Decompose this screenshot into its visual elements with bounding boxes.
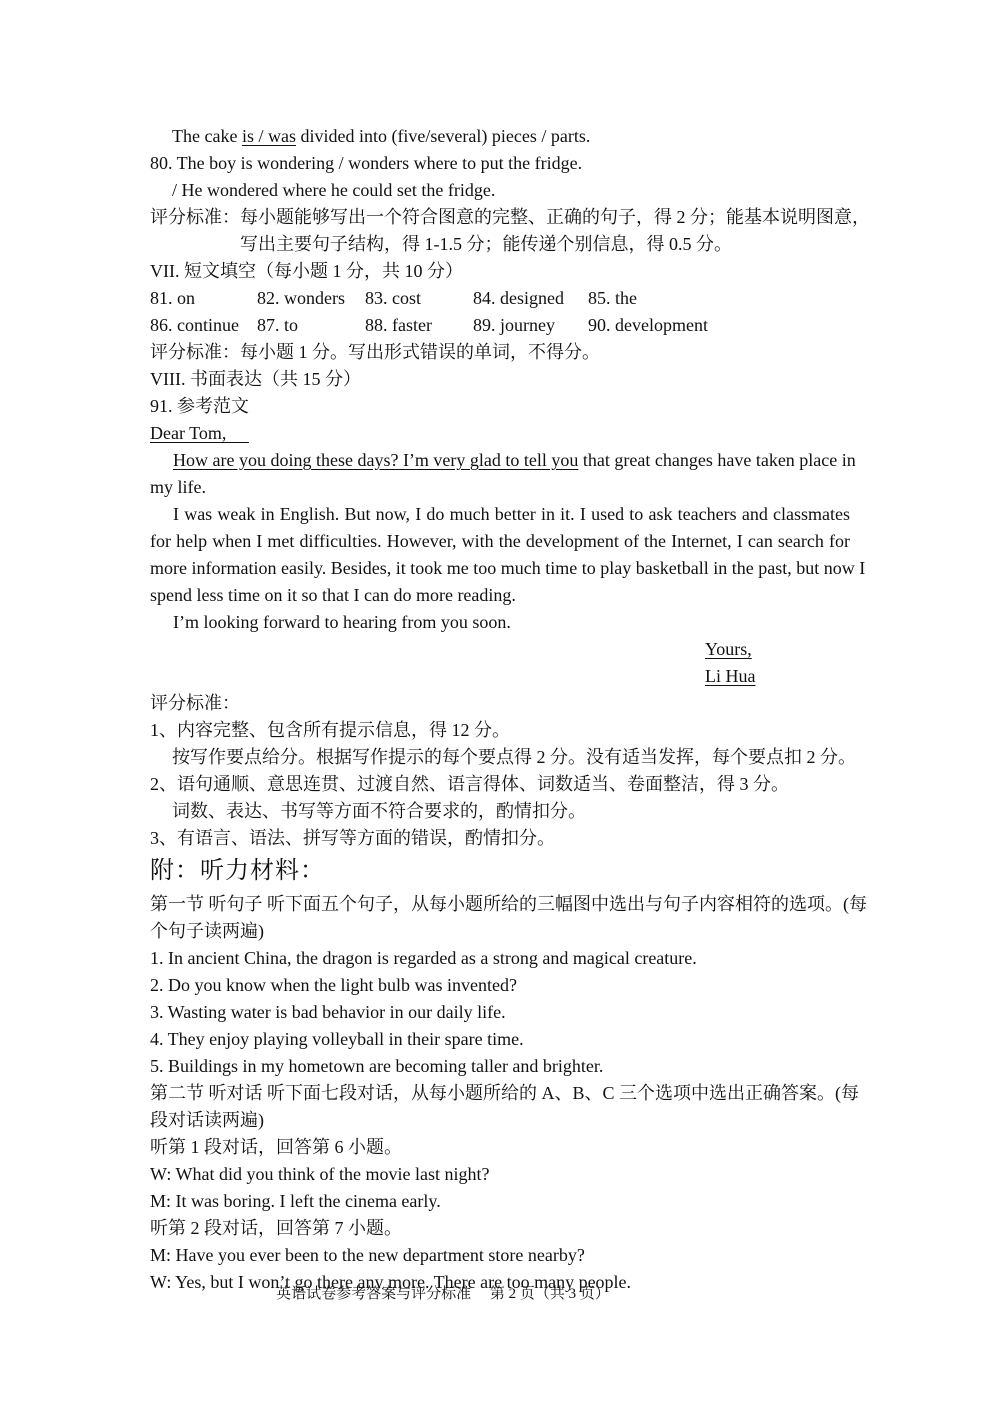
letter-p1-underlined: How are you doing these days? I’m very g… <box>173 450 578 470</box>
section-viii-heading: VIII. 书面表达（共 15 分） <box>150 366 850 393</box>
letter-p1-rest: that great changes have taken place in <box>578 450 855 470</box>
listening-sentence-4: 4. They enjoy playing volleyball in thei… <box>150 1026 850 1053</box>
cloze-scoring-criteria: 评分标准：每小题 1 分。写出形式错误的单词，不得分。 <box>150 339 850 366</box>
answer-line-80-alt: / He wondered where he could set the fri… <box>150 177 850 204</box>
sample-essay-label: 91. 参考范文 <box>150 393 850 420</box>
listening-part2-intro-line-2: 段对话读两遍) <box>150 1107 850 1134</box>
dialog-2-line-m: M: Have you ever been to the new departm… <box>150 1242 850 1269</box>
letter-paragraph-2-line-1: I was weak in English. But now, I do muc… <box>150 501 850 528</box>
answer-79-post: divided into (five/several) pieces / par… <box>296 126 590 146</box>
scoring-criteria-line-1: 评分标准：每小题能够写出一个符合图意的完整、正确的句子，得 2 分；能基本说明图… <box>150 204 850 231</box>
dialog-1-line-w: W: What did you think of the movie last … <box>150 1161 850 1188</box>
answer-line-79: The cake is / was divided into (five/sev… <box>150 123 850 150</box>
answer-line-80: 80. The boy is wondering / wonders where… <box>150 150 850 177</box>
writing-criteria-2-detail: 词数、表达、书写等方面不符合要求的，酌情扣分。 <box>150 798 850 825</box>
section-vii-heading: VII. 短文填空（每小题 1 分，共 10 分） <box>150 258 850 285</box>
answer-79-pre: The cake <box>172 126 242 146</box>
listening-sentence-5: 5. Buildings in my hometown are becoming… <box>150 1053 850 1080</box>
letter-closing-line: I’m looking forward to hearing from you … <box>150 609 850 636</box>
writing-criteria-title: 评分标准： <box>150 690 850 717</box>
letter-paragraph-2-line-4: spend less time on it so that I can do m… <box>150 582 850 609</box>
cloze-answer-81: 81. on <box>150 285 257 312</box>
listening-part1-intro-line-2: 个句子读两遍) <box>150 918 850 945</box>
letter-paragraph-1-line-1: How are you doing these days? I’m very g… <box>150 447 850 474</box>
letter-paragraph-2-line-3: more information easily. Besides, it too… <box>150 555 850 582</box>
letter-salutation: Dear Tom, <box>150 420 850 447</box>
dialog-1-line-m: M: It was boring. I left the cinema earl… <box>150 1188 850 1215</box>
listening-sentence-1: 1. In ancient China, the dragon is regar… <box>150 945 850 972</box>
scoring-criteria-line-2: 写出主要句子结构，得 1-1.5 分；能传递个别信息，得 0.5 分。 <box>150 231 850 258</box>
letter-salutation-text: Dear Tom, <box>150 423 249 443</box>
cloze-answer-89: 89. journey <box>473 312 588 339</box>
letter-signoff-name-text: Li Hua <box>705 666 755 686</box>
writing-criteria-3: 3、有语言、语法、拼写等方面的错误，酌情扣分。 <box>150 825 850 852</box>
cloze-answer-87: 87. to <box>257 312 365 339</box>
cloze-answers-row-1: 81. on 82. wonders 83. cost 84. designed… <box>150 285 850 312</box>
dialog-2-label: 听第 2 段对话，回答第 7 小题。 <box>150 1215 850 1242</box>
letter-signoff-yours: Yours, <box>150 636 850 663</box>
letter-paragraph-1-line-2: my life. <box>150 474 850 501</box>
cloze-answers-row-2: 86. continue 87. to 88. faster 89. journ… <box>150 312 850 339</box>
listening-part2-intro-line-1: 第二节 听对话 听下面七段对话，从每小题所给的 A、B、C 三个选项中选出正确答… <box>150 1080 850 1107</box>
letter-signoff-yours-text: Yours, <box>705 639 752 659</box>
letter-signoff-name: Li Hua <box>150 663 850 690</box>
letter-paragraph-2-line-2: for help when I met difficulties. Howeve… <box>150 528 850 555</box>
cloze-answer-82: 82. wonders <box>257 285 365 312</box>
writing-criteria-1-detail: 按写作要点给分。根据写作提示的每个要点得 2 分。没有适当发挥，每个要点扣 2 … <box>150 744 850 771</box>
dialog-1-label: 听第 1 段对话，回答第 6 小题。 <box>150 1134 850 1161</box>
page-footer: 英语试卷参考答案与评分标准 第 2 页（共 3 页） <box>0 1285 886 1303</box>
cloze-answer-90: 90. development <box>588 312 708 339</box>
listening-sentence-2: 2. Do you know when the light bulb was i… <box>150 972 850 999</box>
listening-sentence-3: 3. Wasting water is bad behavior in our … <box>150 999 850 1026</box>
listening-material-heading: 附：听力材料： <box>150 852 850 891</box>
cloze-answer-83: 83. cost <box>365 285 473 312</box>
cloze-answer-86: 86. continue <box>150 312 257 339</box>
answer-79-underlined: is / was <box>242 126 296 146</box>
writing-criteria-1: 1、内容完整、包含所有提示信息，得 12 分。 <box>150 717 850 744</box>
listening-part1-intro-line-1: 第一节 听句子 听下面五个句子，从每小题所给的三幅图中选出与句子内容相符的选项。… <box>150 891 850 918</box>
cloze-answer-85: 85. the <box>588 285 637 312</box>
document-body: The cake is / was divided into (five/sev… <box>150 123 850 1296</box>
cloze-answer-88: 88. faster <box>365 312 473 339</box>
cloze-answer-84: 84. designed <box>473 285 588 312</box>
writing-criteria-2: 2、语句通顺、意思连贯、过渡自然、语言得体、词数适当、卷面整洁，得 3 分。 <box>150 771 850 798</box>
